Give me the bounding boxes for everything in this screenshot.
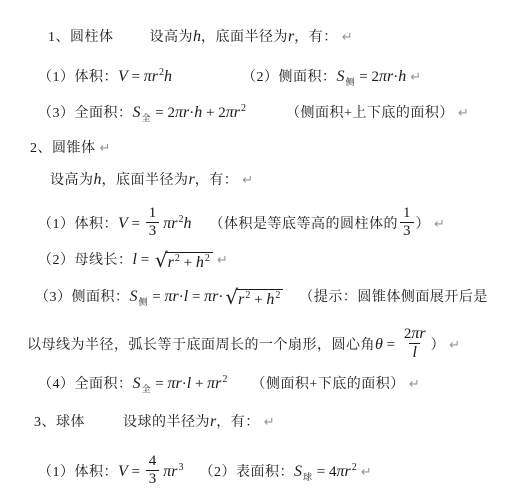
text-run: 1 <box>149 205 157 221</box>
text-run: ） <box>416 217 431 232</box>
text-run: ，有： <box>294 30 338 45</box>
spacer <box>227 387 251 388</box>
math-variable: S <box>133 375 141 392</box>
fraction-numerator: 2πr <box>401 325 429 343</box>
document-line-2: （1）体积：V = πr2h（2）侧面积：S侧 = 2πr·h↵ <box>38 63 421 92</box>
math-variable: S <box>130 288 138 305</box>
fraction: 2πrl <box>401 325 429 363</box>
text-run: + <box>180 255 196 271</box>
math-exponent: 2 <box>241 103 246 114</box>
square-root: √r2 + h2 <box>225 289 283 309</box>
math-variable: πr <box>379 68 393 85</box>
paragraph-mark-icon: ↵ <box>242 173 253 188</box>
text-run: 设球的半径为 <box>123 415 210 430</box>
document-line-9: 以母线为半径，弧长等于底面周长的一个扇形，圆心角θ = 2πrl）↵ <box>27 327 460 365</box>
text-run: 以母线为半径，弧长等于底面周长的一个扇形，圆心角 <box>27 338 375 353</box>
math-variable: πr <box>163 463 177 480</box>
paragraph-mark-icon: ↵ <box>410 70 421 85</box>
math-subscript: 侧 <box>139 297 148 307</box>
text-run: = <box>152 376 168 392</box>
text-run: （侧面积+下底的面积） <box>251 377 404 392</box>
text-run: = <box>128 464 144 480</box>
math-variable: πr <box>226 104 240 121</box>
math-variable: πr <box>207 375 221 392</box>
spacer <box>246 116 286 117</box>
paragraph-mark-icon: ↵ <box>409 377 420 392</box>
radical-icon: √ <box>225 288 238 307</box>
text-run: ） <box>431 338 446 353</box>
math-variable: πr <box>204 288 218 305</box>
text-run: （体积是等底等高的圆柱体的 <box>210 217 399 232</box>
text-run: （3）侧面积： <box>35 290 130 305</box>
text-run: = <box>128 216 144 232</box>
text-run: = 4 <box>313 464 336 480</box>
math-variable: πr <box>163 215 177 232</box>
text-run: = <box>137 252 153 268</box>
text-run: = 2 <box>356 69 379 85</box>
text-run: 3 <box>149 471 157 487</box>
math-variable: l <box>412 344 416 361</box>
square-root: √r2 + h2 <box>155 252 213 272</box>
fraction-numerator: 4 <box>146 453 160 470</box>
text-run: （侧面积+上下底的面积） <box>286 106 454 121</box>
text-run: 设高为 <box>150 30 194 45</box>
paragraph-mark-icon: ↵ <box>449 338 460 353</box>
document-line-11: 3、球体设球的半径为r，有：↵ <box>34 412 275 432</box>
text-run: + <box>191 376 207 392</box>
math-variable: h <box>266 291 274 308</box>
text-run: = <box>383 337 399 353</box>
math-subscript: 侧 <box>346 77 355 87</box>
text-run: （4）全面积： <box>38 377 133 392</box>
text-run: （3）全面积： <box>38 106 133 121</box>
text-run: 设高为 <box>50 173 94 188</box>
paragraph-mark-icon: ↵ <box>458 106 469 121</box>
paragraph-mark-icon: ↵ <box>342 30 353 45</box>
fraction-denominator: l <box>409 343 419 362</box>
document-line-6: （1）体积：V = 13πr2h（体积是等底等高的圆柱体的13）↵ <box>38 207 445 243</box>
math-variable: S <box>294 463 302 480</box>
math-variable: h <box>196 254 204 271</box>
document-page: 1、圆柱体设高为h，底面半径为r，有：↵（1）体积：V = πr2h（2）侧面积… <box>0 0 520 500</box>
paragraph-mark-icon: ↵ <box>217 253 228 268</box>
math-exponent: 3 <box>179 462 184 473</box>
math-variable: πr <box>411 325 425 342</box>
fraction-denominator: 3 <box>146 222 160 240</box>
math-variable: V <box>118 463 128 480</box>
math-exponent: 2 <box>205 253 210 264</box>
text-run: 3 <box>149 223 157 239</box>
math-variable: h <box>398 68 406 85</box>
fraction-numerator: 1 <box>146 205 160 222</box>
math-variable: h <box>94 171 102 188</box>
spacer <box>283 300 299 301</box>
spacer <box>184 475 200 476</box>
text-run: 1、圆柱体 <box>48 30 114 45</box>
math-variable: S <box>133 104 141 121</box>
radicand: r2 + h2 <box>166 252 213 272</box>
spacer <box>192 227 210 228</box>
fraction: 43 <box>146 453 160 489</box>
fraction: 13 <box>146 205 160 241</box>
fraction-numerator: 1 <box>400 205 414 222</box>
text-run: 1 <box>403 205 411 221</box>
text-run: （2）母线长： <box>38 253 133 268</box>
fraction: 13 <box>400 205 414 241</box>
math-variable: h <box>164 68 172 85</box>
document-line-4: 2、圆锥体↵ <box>30 139 110 158</box>
text-run: （提示：圆锥体侧面展开后是 <box>299 290 488 305</box>
math-variable: r <box>168 254 174 271</box>
math-variable: πr <box>167 375 181 392</box>
document-line-1: 1、圆柱体设高为h，底面半径为r，有：↵ <box>48 27 353 47</box>
math-variable: πr <box>164 288 178 305</box>
math-variable: πr <box>336 463 350 480</box>
math-exponent: 2 <box>352 462 357 473</box>
spacer <box>85 425 123 426</box>
math-variable: S <box>337 68 345 85</box>
text-run: （2）侧面积： <box>242 70 337 85</box>
text-run: ，有： <box>195 173 239 188</box>
text-run: = <box>188 289 204 305</box>
paragraph-mark-icon: ↵ <box>434 217 445 232</box>
text-run: （2）表面积： <box>200 465 295 480</box>
math-subscript: 全 <box>142 384 151 394</box>
text-run: 2、圆锥体 <box>30 141 96 156</box>
math-exponent: 2 <box>222 374 227 385</box>
paragraph-mark-icon: ↵ <box>264 415 275 430</box>
math-subscript: 全 <box>142 113 151 123</box>
text-run: （1）体积： <box>38 70 118 85</box>
text-run: = <box>128 69 144 85</box>
radicand: r2 + h2 <box>236 289 283 309</box>
math-variable: V <box>118 215 128 232</box>
text-run: ，底面半径为 <box>102 173 189 188</box>
math-variable: πr <box>175 104 189 121</box>
document-line-3: （3）全面积：S全 = 2πr·h + 2πr2（侧面积+上下底的面积）↵ <box>38 99 469 128</box>
radical-icon: √ <box>155 251 168 270</box>
math-subscript: 球 <box>303 472 312 482</box>
text-run: 3、球体 <box>34 415 85 430</box>
document-line-12: （1）体积：V = 43πr3（2）表面积：S球 = 4πr2↵ <box>38 455 372 491</box>
document-line-8: （3）侧面积：S侧 = πr·l = πr·√r2 + h2（提示：圆锥体侧面展… <box>35 287 488 312</box>
text-run: = 2 <box>152 105 175 121</box>
text-run: 4 <box>149 453 157 469</box>
text-run: · <box>218 289 223 305</box>
text-run: （1）体积： <box>38 465 118 480</box>
spacer <box>172 80 242 81</box>
document-line-7: （2）母线长：l = √r2 + h2↵ <box>38 250 228 272</box>
text-run: （1）体积： <box>38 217 118 232</box>
math-variable: πr <box>144 68 158 85</box>
math-variable: r <box>238 291 244 308</box>
text-run: + 2 <box>202 105 225 121</box>
text-run: = <box>149 289 165 305</box>
math-variable: h <box>193 28 201 45</box>
math-variable: h <box>184 215 192 232</box>
text-run: ，底面半径为 <box>201 30 288 45</box>
document-line-5: 设高为h，底面半径为r，有：↵ <box>50 170 253 190</box>
paragraph-mark-icon: ↵ <box>100 141 111 156</box>
document-line-10: （4）全面积：S全 = πr·l + πr2（侧面积+下底的面积）↵ <box>38 370 420 399</box>
paragraph-mark-icon: ↵ <box>361 465 372 480</box>
math-variable: θ <box>375 336 383 353</box>
text-run: 3 <box>403 223 411 239</box>
math-variable: V <box>118 68 128 85</box>
text-run: ，有： <box>216 415 260 430</box>
spacer <box>114 40 150 41</box>
fraction-denominator: 3 <box>146 470 160 488</box>
fraction-denominator: 3 <box>400 222 414 240</box>
math-exponent: 2 <box>275 290 280 301</box>
text-run: + <box>250 292 266 308</box>
